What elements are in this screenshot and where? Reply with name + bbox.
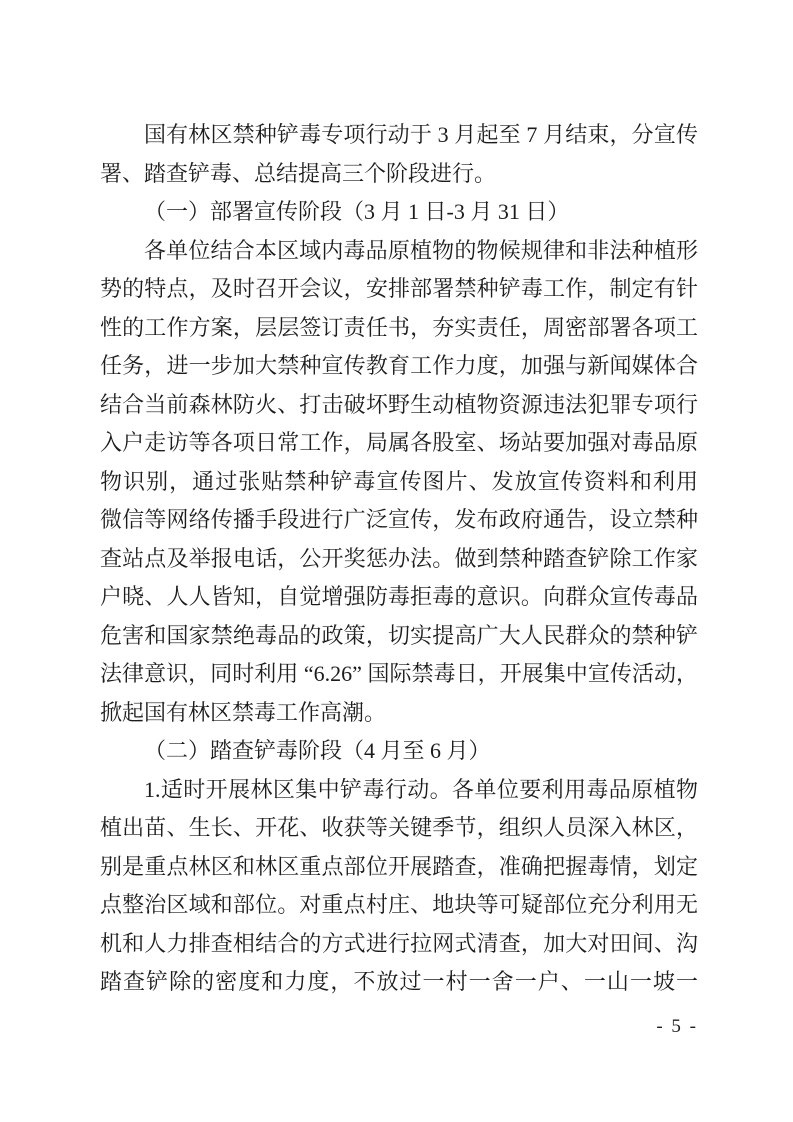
body-text-line: 物识别，通过张贴禁种铲毒宣传图片、发放宣传资料和利用 QQ、: [100, 463, 698, 502]
body-text-line: 署、踏查铲毒、总结提高三个阶段进行。: [100, 155, 698, 194]
body-text-line: 掀起国有林区禁毒工作高潮。: [100, 694, 698, 733]
body-text-line: 点整治区域和部位。对重点村庄、地块等可疑部位充分利用无人: [100, 886, 698, 925]
document-body: 国有林区禁种铲毒专项行动于 3 月起至 7 月结束，分宣传部署、踏查铲毒、总结提…: [100, 116, 698, 1002]
section-heading-line: （二）踏查铲毒阶段（4 月至 6 月）: [100, 732, 698, 771]
body-text-line: 机和人力排查相结合的方式进行拉网式清查，加大对田间、沟壑、: [100, 925, 698, 964]
body-text-line: 国有林区禁种铲毒专项行动于 3 月起至 7 月结束，分宣传部: [100, 116, 698, 155]
body-text-line: 性的工作方案，层层签订责任书，夯实责任，周密部署各项工作: [100, 309, 698, 348]
body-text-line: 踏查铲除的密度和力度，不放过一村一舍一户、一山一坡一沟，: [100, 963, 698, 1002]
section-heading-line: （一）部署宣传阶段（3 月 1 日-3 月 31 日）: [100, 193, 698, 232]
body-text-line: 各单位结合本区域内毒品原植物的物候规律和非法种植形: [100, 232, 698, 271]
body-text-line: 别是重点林区和林区重点部位开展踏查，准确把握毒情，划定重: [100, 848, 698, 887]
body-text-line: 结合当前森林防火、打击破坏野生动植物资源违法犯罪专项行动、: [100, 386, 698, 425]
body-text-line: 法律意识，同时利用 “6.26” 国际禁毒日，开展集中宣传活动，: [100, 655, 698, 694]
body-text-line: 1.适时开展林区集中铲毒行动。各单位要利用毒品原植物种: [100, 771, 698, 810]
body-text-line: 查站点及举报电话，公开奖惩办法。做到禁种踏查铲除工作家喻: [100, 540, 698, 579]
body-text-line: 植出苗、生长、开花、收获等关键季节，组织人员深入林区，特: [100, 809, 698, 848]
body-text-line: 户晓、人人皆知，自觉增强防毒拒毒的意识。向群众宣传毒品的: [100, 578, 698, 617]
document-page: 国有林区禁种铲毒专项行动于 3 月起至 7 月结束，分宣传部署、踏查铲毒、总结提…: [0, 0, 793, 1122]
body-text-line: 微信等网络传播手段进行广泛宣传，发布政府通告，设立禁种检: [100, 501, 698, 540]
body-text-line: 危害和国家禁绝毒品的政策，切实提高广大人民群众的禁种铲毒: [100, 617, 698, 656]
body-text-line: 势的特点，及时召开会议，安排部署禁种铲毒工作，制定有针对: [100, 270, 698, 309]
page-number: - 5 -: [100, 1016, 698, 1038]
body-text-line: 任务，进一步加大禁种宣传教育工作力度，加强与新闻媒体合作，: [100, 347, 698, 386]
body-text-line: 入户走访等各项日常工作，局属各股室、场站要加强对毒品原植: [100, 424, 698, 463]
